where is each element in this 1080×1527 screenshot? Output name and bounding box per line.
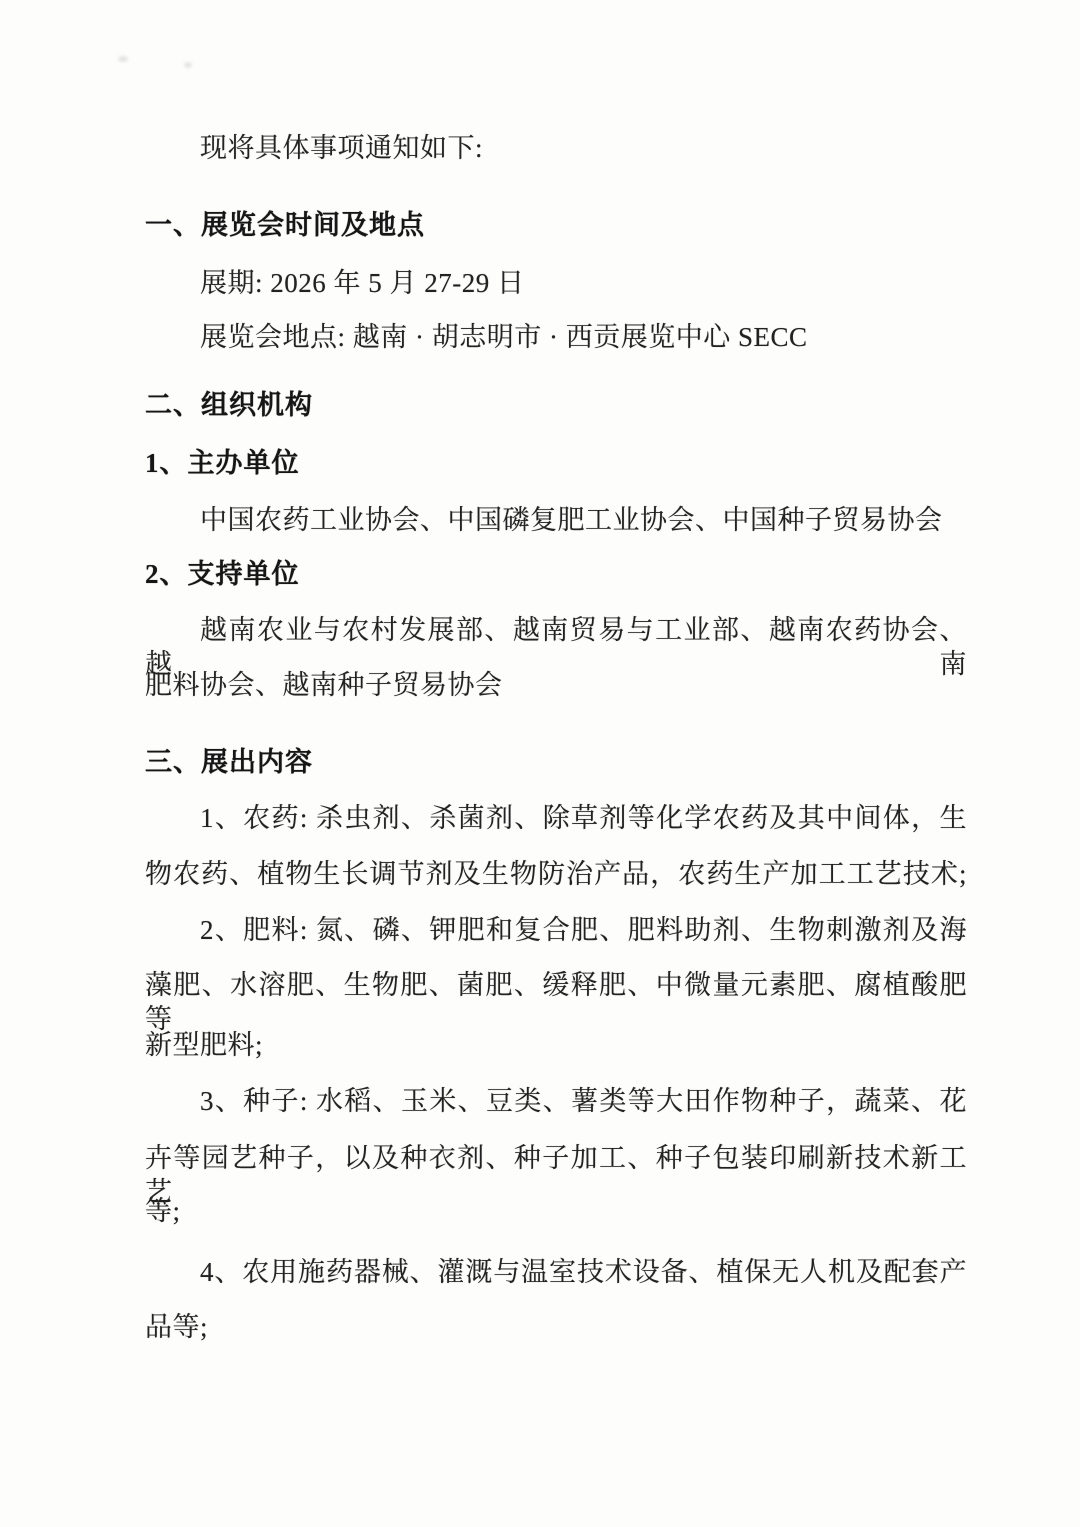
exhibit-item1-line1: 1、农药: 杀虫剂、杀菌剂、除草剂等化学农药及其中间体，生: [145, 801, 967, 841]
scanned-notice-page: 现将具体事项通知如下: 一、展览会时间及地点 展期: 2026 年 5 月 27…: [0, 0, 1080, 1527]
subheading-supporters: 2、支持单位: [145, 557, 300, 597]
exhibit-item3-line1: 3、种子: 水稻、玉米、豆类、薯类等大田作物种子，蔬菜、花: [145, 1084, 967, 1124]
exhibit-item1-line2: 物农药、植物生长调节剂及生物防治产品，农药生产加工工艺技术;: [145, 857, 967, 897]
section-heading-time-venue: 一、展览会时间及地点: [145, 208, 425, 248]
supporters-line-2: 肥料协会、越南种子贸易协会: [145, 668, 503, 708]
section-heading-organization: 二、组织机构: [145, 388, 313, 428]
exhibit-item4-line2: 品等;: [145, 1310, 208, 1350]
exhibit-item3-line3: 等;: [145, 1194, 181, 1234]
supporters-line-1: 越南农业与农村发展部、越南贸易与工业部、越南农药协会、越南: [145, 613, 967, 653]
exhibition-venue-line: 展览会地点: 越南 · 胡志明市 · 西贡展览中心 SECC: [200, 320, 808, 360]
scan-smudge: [118, 56, 128, 62]
exhibit-item3-line2: 卉等园艺种子，以及种衣剂、种子加工、种子包装印刷新技术新工艺: [145, 1141, 967, 1181]
section-heading-exhibits: 三、展出内容: [145, 745, 313, 785]
organizers-line: 中国农药工业协会、中国磷复肥工业协会、中国种子贸易协会: [200, 503, 943, 543]
exhibition-date-line: 展期: 2026 年 5 月 27-29 日: [200, 266, 525, 306]
exhibit-item4-line1: 4、农用施药器械、灌溉与温室技术设备、植保无人机及配套产: [145, 1255, 967, 1295]
intro-line: 现将具体事项通知如下:: [200, 131, 483, 171]
exhibit-item2-line2: 藻肥、水溶肥、生物肥、菌肥、缓释肥、中微量元素肥、腐植酸肥等: [145, 968, 967, 1008]
subheading-organizers: 1、主办单位: [145, 446, 300, 486]
exhibit-item2-line1: 2、肥料: 氮、磷、钾肥和复合肥、肥料助剂、生物刺激剂及海: [145, 913, 967, 953]
scan-smudge: [184, 62, 192, 68]
exhibit-item2-line3: 新型肥料;: [145, 1028, 263, 1068]
